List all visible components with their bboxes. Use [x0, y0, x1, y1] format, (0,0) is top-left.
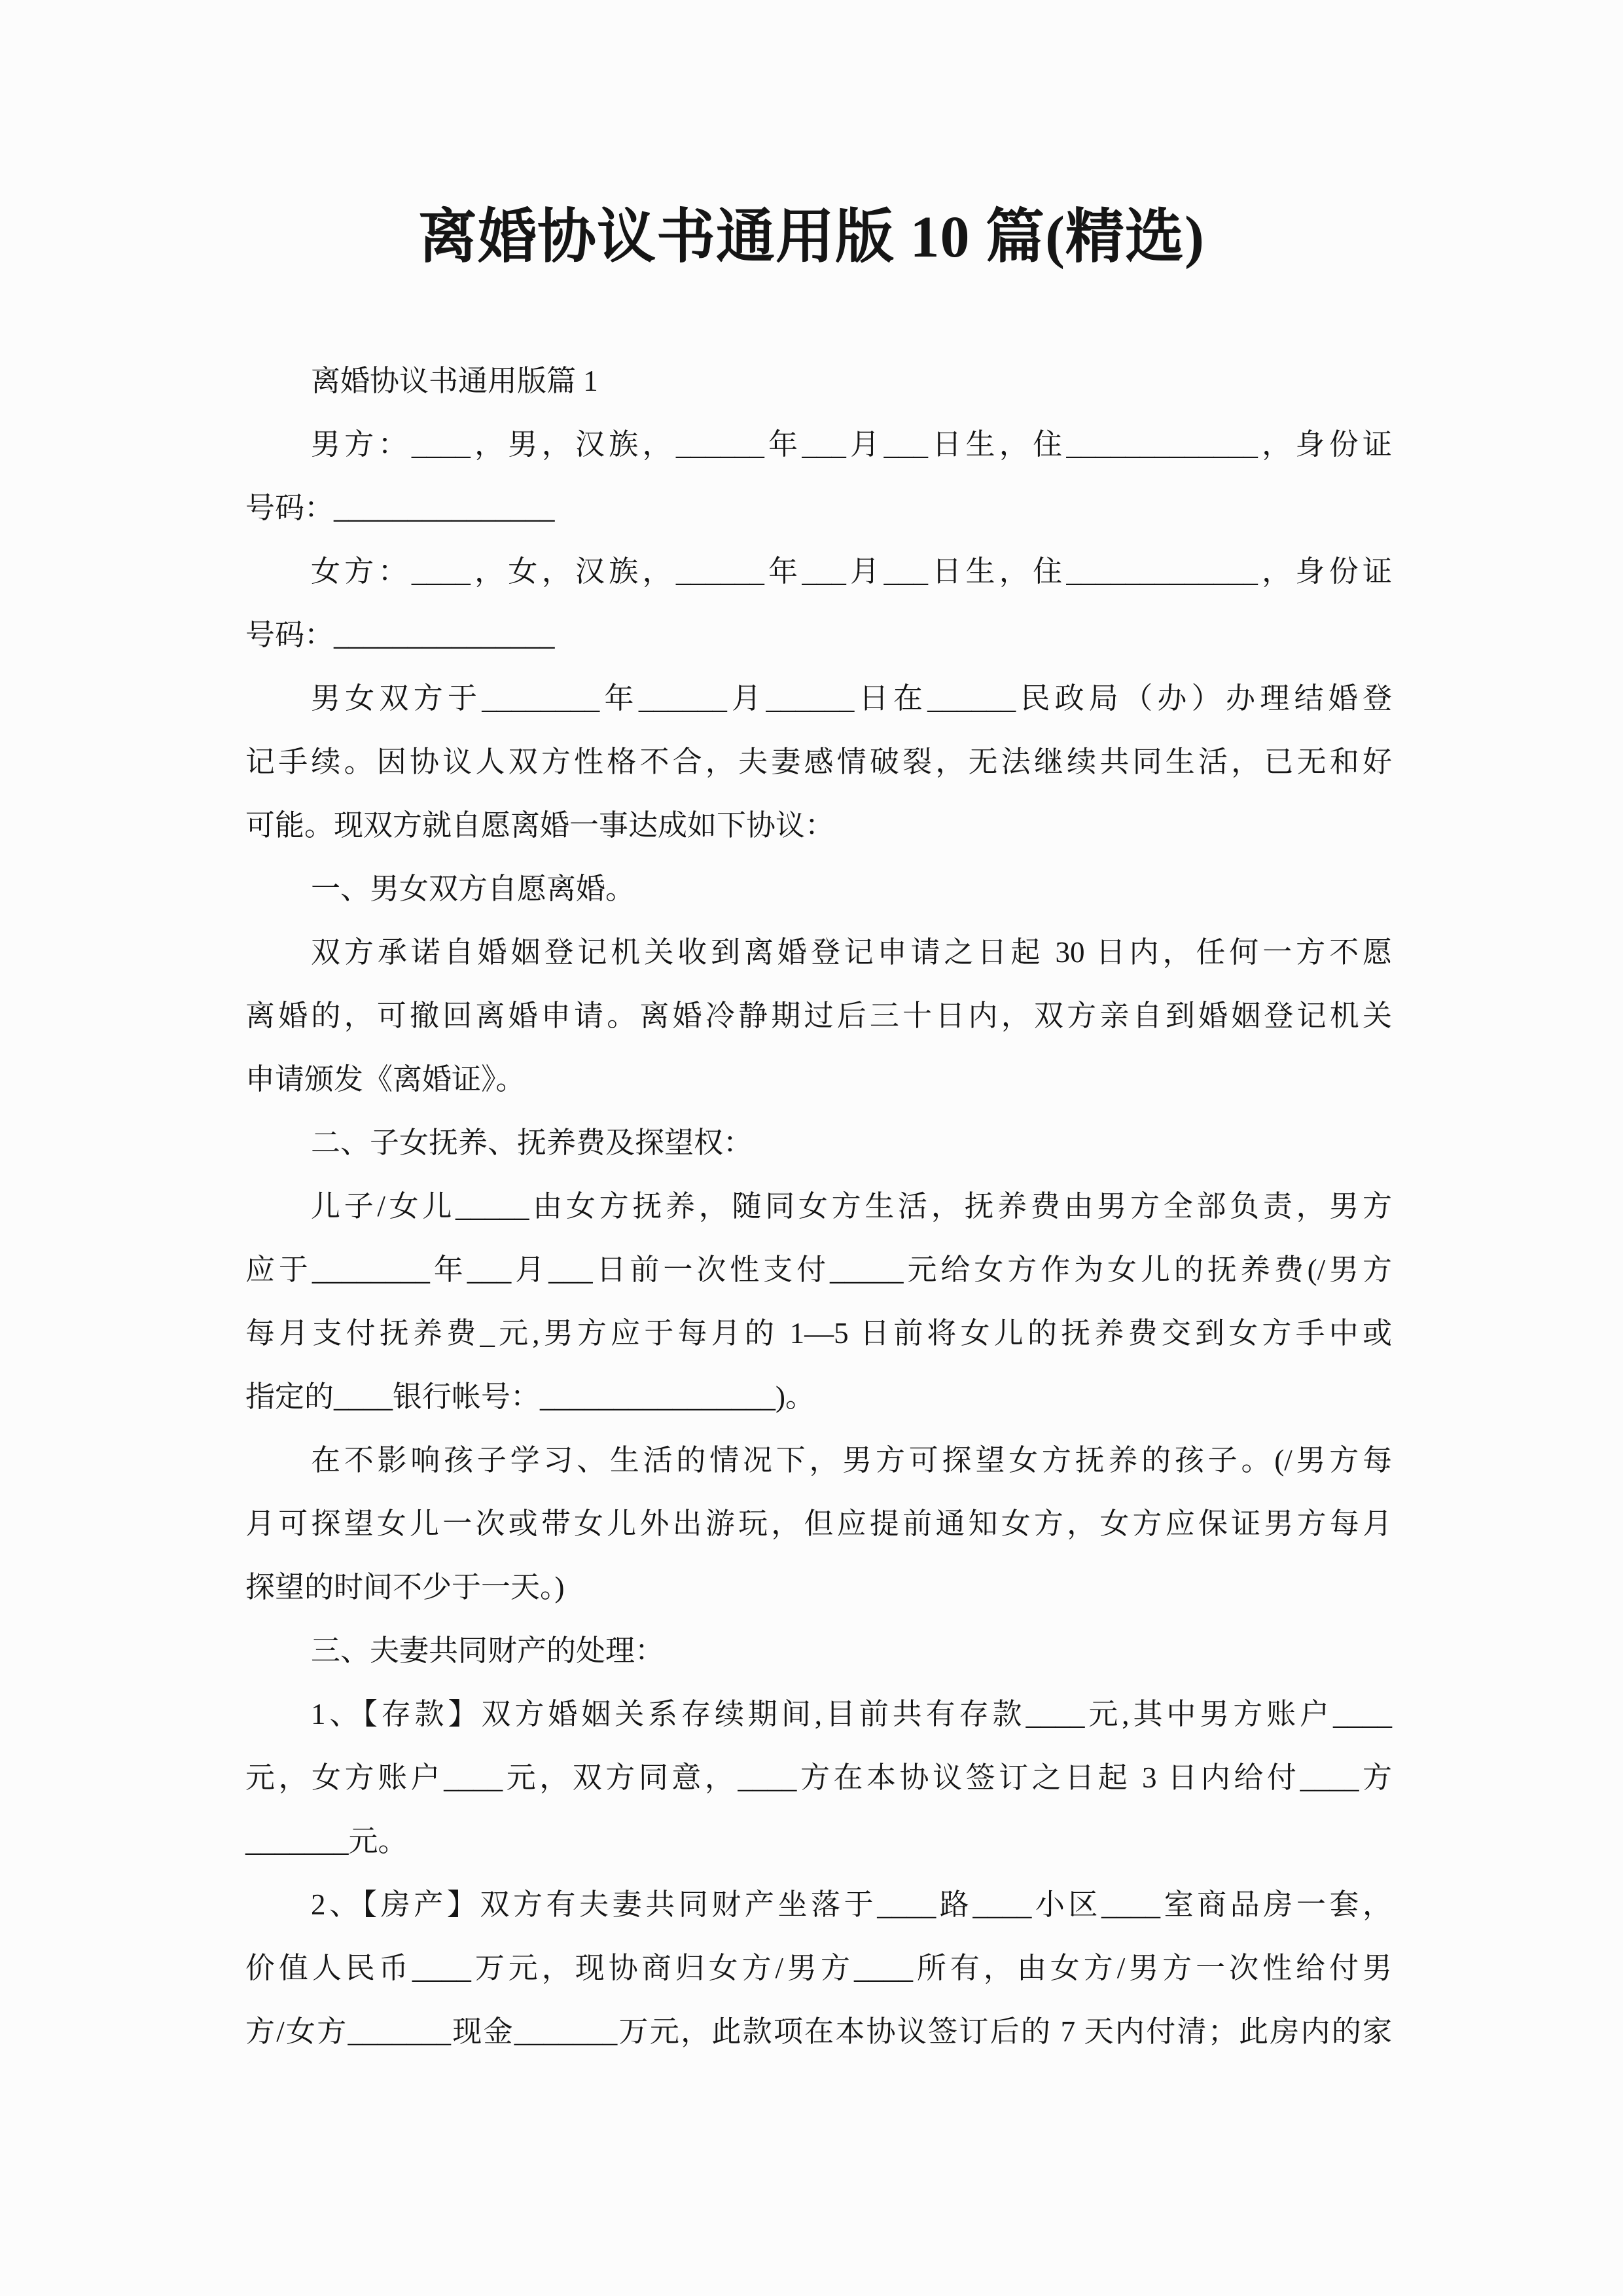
doc-line: 1、【存款】双方婚姻关系存续期间,目前共有存款____元,其中男方账户____: [245, 1683, 1392, 1746]
document-body: 离婚协议书通用版篇 1男方：____，男，汉族，______年___月___日生…: [245, 350, 1392, 2064]
doc-line: 二、子女抚养、抚养费及探望权：: [245, 1111, 1392, 1175]
doc-line: 号码：_______________: [245, 603, 1392, 667]
doc-line: _______元。: [245, 1810, 1392, 1873]
doc-line: 价值人民币____万元，现协商归女方/男方____所有，由女方/男方一次性给付男: [245, 1937, 1392, 2000]
doc-line: 离婚的，可撤回离婚申请。离婚冷静期过后三十日内，双方亲自到婚姻登记机关: [245, 984, 1392, 1048]
doc-line: 男方：____，男，汉族，______年___月___日生，住_________…: [245, 413, 1392, 476]
doc-line: 一、男女双方自愿离婚。: [245, 857, 1392, 921]
doc-line: 2、【房产】双方有夫妻共同财产坐落于____路____小区____室商品房一套，: [245, 1873, 1392, 1937]
doc-line: 方/女方_______现金_______万元，此款项在本协议签订后的 7 天内付…: [245, 2000, 1392, 2064]
page-title: 离婚协议书通用版 10 篇(精选): [0, 207, 1623, 269]
doc-line: 可能。现双方就自愿离婚一事达成如下协议：: [245, 794, 1392, 857]
doc-line: 申请颁发《离婚证》。: [245, 1048, 1392, 1111]
doc-line: 元，女方账户____元，双方同意，____方在本协议签订之日起 3 日内给付__…: [245, 1746, 1392, 1810]
doc-line: 女方：____，女，汉族，______年___月___日生，住_________…: [245, 540, 1392, 603]
doc-line: 双方承诺自婚姻登记机关收到离婚登记申请之日起 30 日内，任何一方不愿: [245, 921, 1392, 984]
doc-line: 号码：_______________: [245, 476, 1392, 540]
page: { "page": { "colors": { "background": "#…: [0, 0, 1623, 2296]
doc-line: 月可探望女儿一次或带女儿外出游玩，但应提前通知女方，女方应保证男方每月: [245, 1492, 1392, 1556]
doc-line: 儿子/女儿_____由女方抚养，随同女方生活，抚养费由男方全部负责，男方: [245, 1175, 1392, 1238]
doc-line: 三、夫妻共同财产的处理：: [245, 1619, 1392, 1683]
doc-line: 应于________年___月___日前一次性支付_____元给女方作为女儿的抚…: [245, 1238, 1392, 1302]
doc-line: 离婚协议书通用版篇 1: [245, 350, 1392, 413]
doc-line: 记手续。因协议人双方性格不合，夫妻感情破裂，无法继续共同生活，已无和好: [245, 730, 1392, 794]
doc-line: 每月支付抚养费_元,男方应于每月的 1—5 日前将女儿的抚养费交到女方手中或: [245, 1302, 1392, 1365]
doc-line: 探望的时间不少于一天。): [245, 1556, 1392, 1619]
doc-line: 指定的____银行帐号：________________)。: [245, 1365, 1392, 1429]
doc-line: 男女双方于________年______月______日在______民政局（办…: [245, 667, 1392, 730]
doc-line: 在不影响孩子学习、生活的情况下，男方可探望女方抚养的孩子。(/男方每: [245, 1429, 1392, 1492]
